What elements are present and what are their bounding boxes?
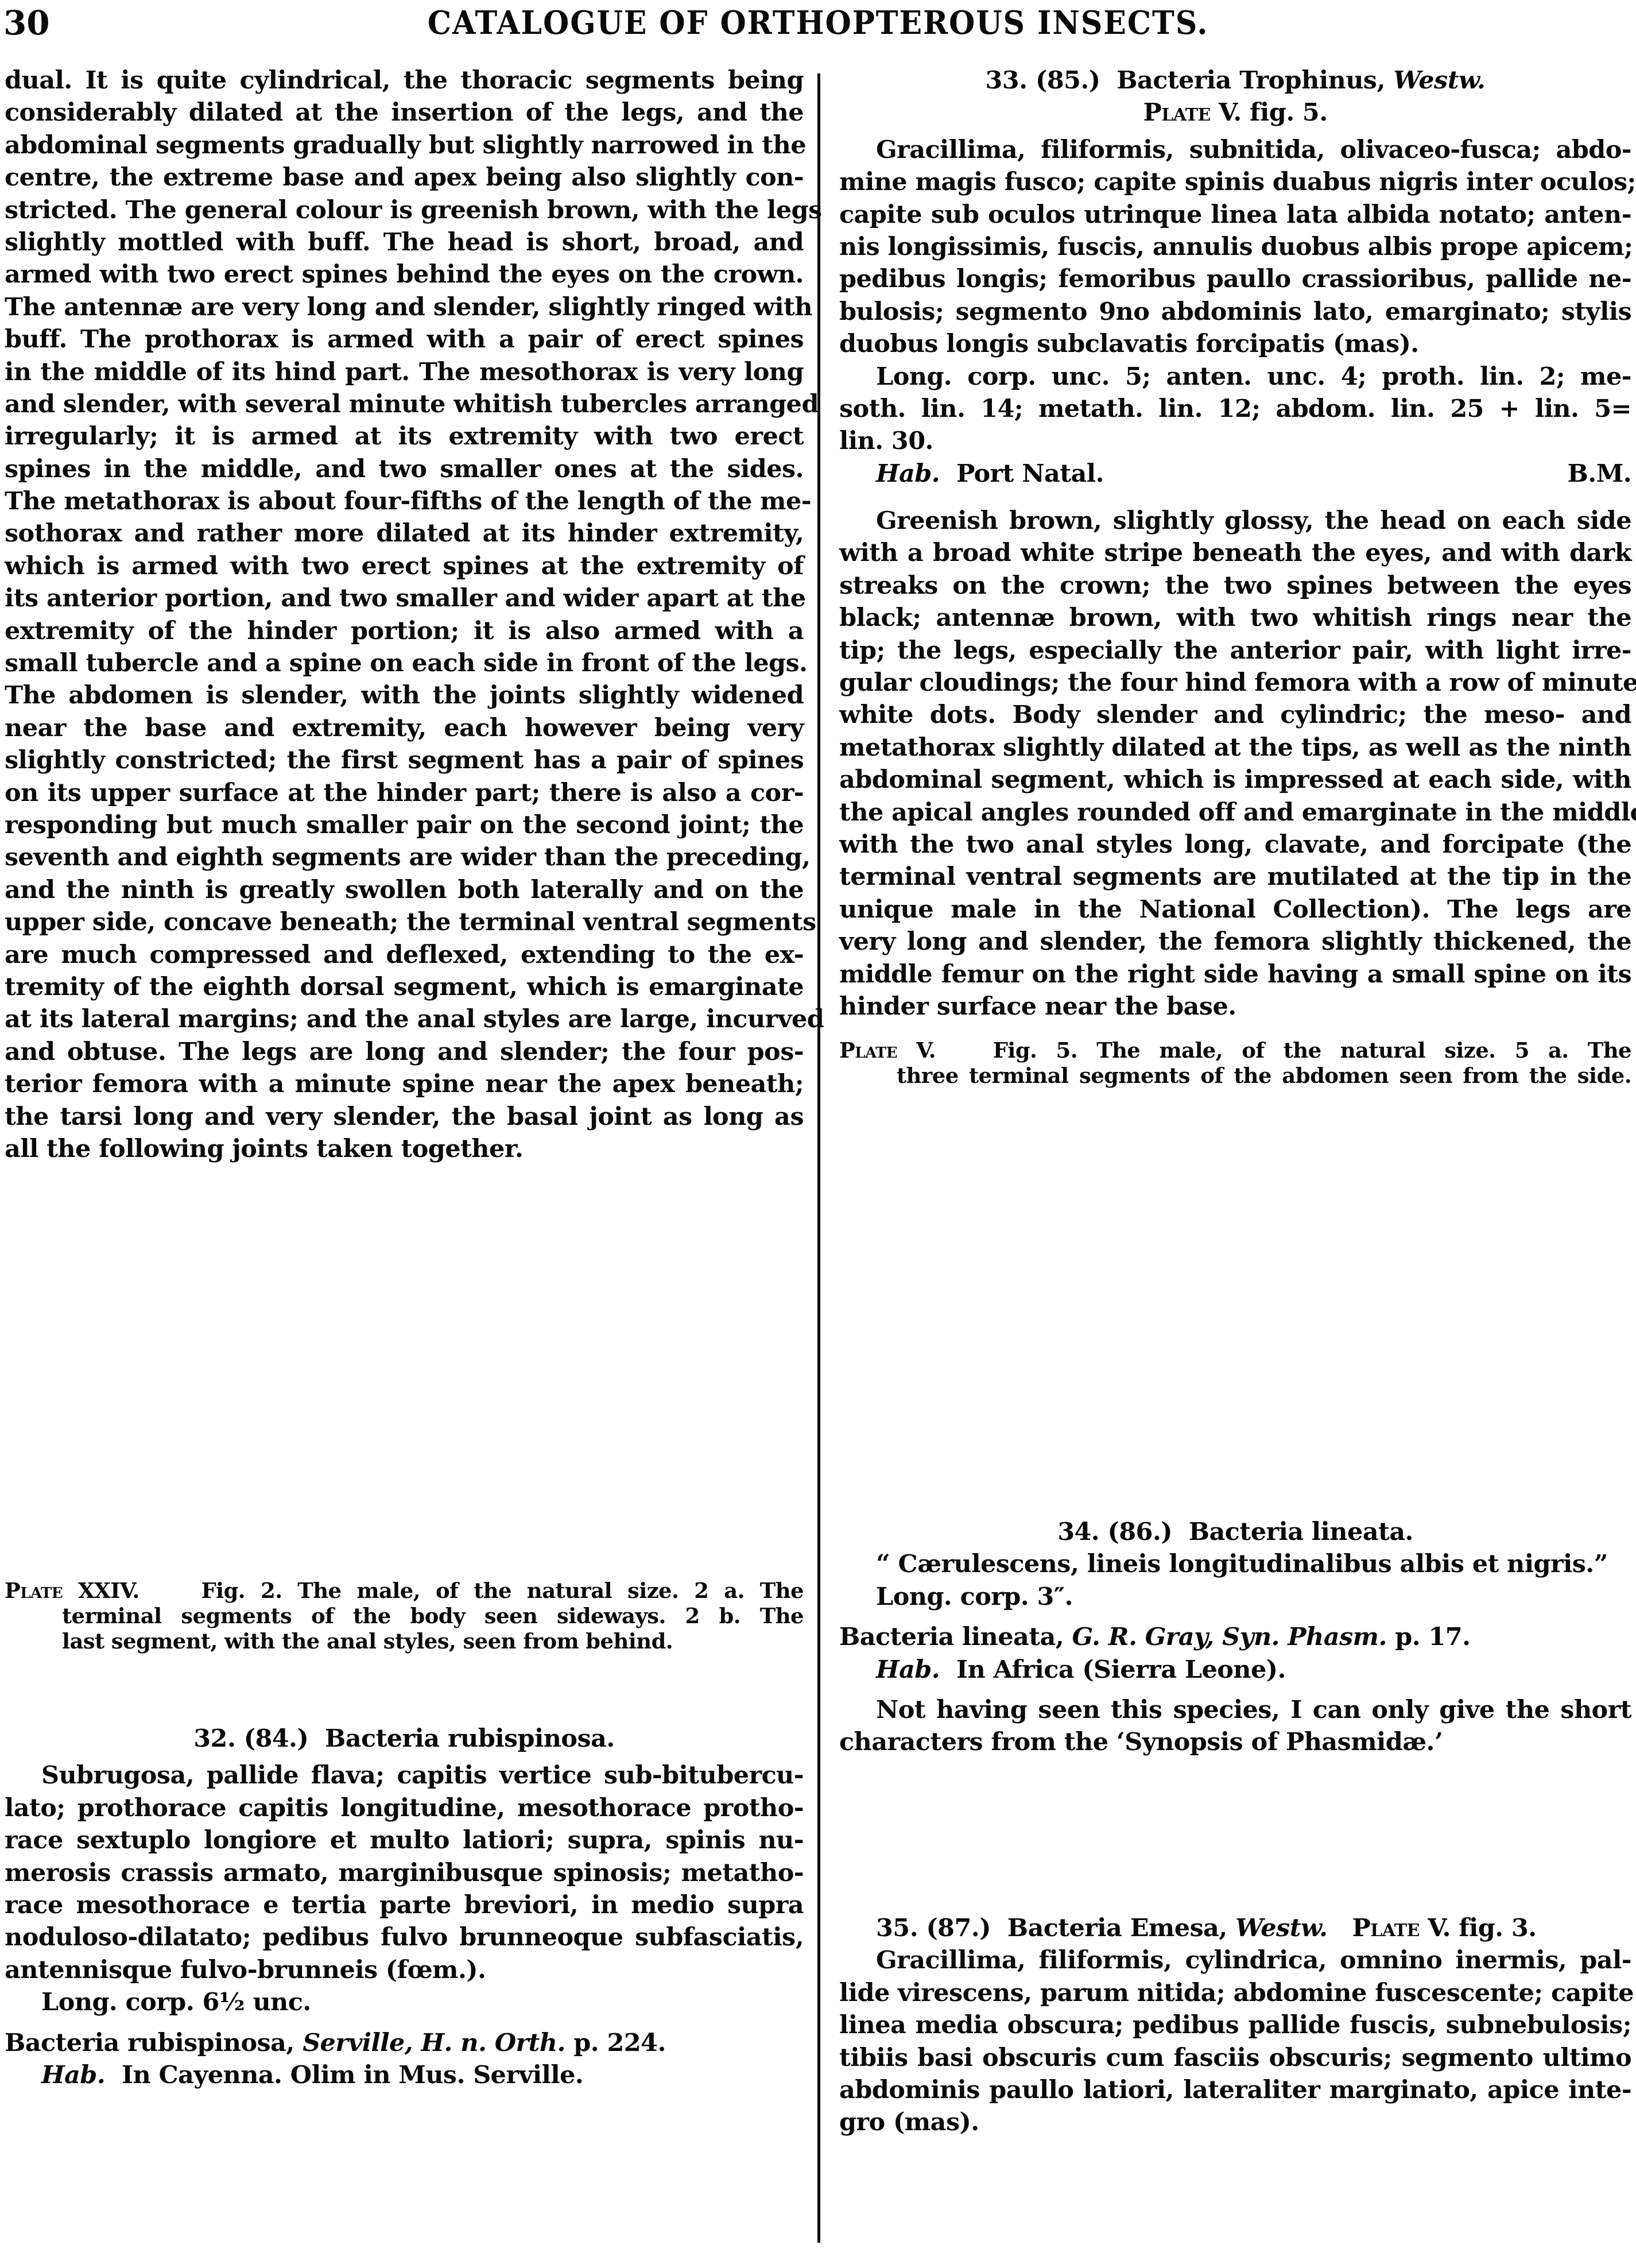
text-line: stricted. The general colour is greenish… xyxy=(5,194,804,226)
habitat-text: In Cayenna. Olim in Mus. Serville. xyxy=(122,2061,583,2089)
text-line: the apical angles rounded off and emargi… xyxy=(839,796,1631,829)
text-line: Greenish brown, slightly glossy, the hea… xyxy=(839,505,1631,537)
caption-line: Plate V. Fig. 5. The male, of the natura… xyxy=(839,1038,1631,1063)
measurement: Long. corp. 3″. xyxy=(839,1581,1631,1613)
species-author: Westw. xyxy=(1235,1914,1327,1942)
plate-caption-xxiv: Plate XXIV. Fig. 2. The male, of the nat… xyxy=(5,1578,804,1654)
text-line: at its lateral margins; and the anal sty… xyxy=(5,1003,804,1035)
species-34-entry: 34. (86.) Bacteria lineata. “ Cærulescen… xyxy=(839,1516,1631,1759)
synonym-line: Bacteria lineata, G. R. Gray, Syn. Phasm… xyxy=(839,1621,1631,1653)
plate-label: Plate XXIV. xyxy=(5,1578,139,1603)
text-line: race sextuplo longiore et multo latiori;… xyxy=(5,1824,804,1856)
caption-line: three terminal segments of the abdomen s… xyxy=(839,1063,1631,1088)
text-line: Gracillima, filiformis, subnitida, oliva… xyxy=(839,134,1631,166)
text-line: which is armed with two erect spines at … xyxy=(5,550,804,582)
text-line: and slender, with several minute whitish… xyxy=(5,388,804,420)
caption-text: Fig. 5. The male, of the natural size. 5… xyxy=(993,1038,1631,1063)
text-line: sothorax and rather more dilated at its … xyxy=(5,517,804,549)
species-heading: 32. (84.) Bacteria rubispinosa. xyxy=(5,1723,804,1755)
text-line: all the following joints taken together. xyxy=(5,1133,804,1165)
plate-label: Plate xyxy=(1143,98,1210,127)
synonym-page: p. 17. xyxy=(1395,1623,1470,1651)
text-line: slightly mottled with buff. The head is … xyxy=(5,226,804,258)
text-line: nis longissimis, fuscis, annulis duobus … xyxy=(839,231,1631,263)
continued-description: dual. It is quite cylindrical, the thora… xyxy=(5,64,804,1165)
measurement-line: soth. lin. 14; metath. lin. 12; abdom. l… xyxy=(839,393,1631,425)
measurement: Long. corp. 6½ unc. xyxy=(5,1986,804,2018)
text-line: abdominis paullo latiori, lateraliter ma… xyxy=(839,2074,1631,2106)
caption-line: Plate XXIV. Fig. 2. The male, of the nat… xyxy=(5,1578,804,1603)
running-title: CATALOGUE OF ORTHOPTEROUS INSECTS. xyxy=(57,6,1579,40)
habitat-line: Hab. In Cayenna. Olim in Mus. Serville. xyxy=(5,2059,804,2091)
species-author: Westw. xyxy=(1393,66,1485,95)
text-line: gular cloudings; the four hind femora wi… xyxy=(839,667,1631,699)
note-line: Not having seen this species, I can only… xyxy=(839,1694,1631,1726)
caption-text: Fig. 2. The male, of the natural size. 2… xyxy=(201,1578,804,1603)
habitat-label: Hab. xyxy=(876,1655,940,1684)
species-33-entry: 33. (85.) Bacteria Trophinus, Westw. Pla… xyxy=(839,64,1631,1088)
text-line: armed with two erect spines behind the e… xyxy=(5,258,804,291)
text-line: middle femur on the right side having a … xyxy=(839,958,1631,990)
species-name: Bacteria Trophinus, xyxy=(1116,66,1385,95)
synonym-name: Bacteria rubispinosa, xyxy=(5,2029,294,2057)
text-line: pedibus longis; femoribus paullo crassio… xyxy=(839,263,1631,295)
synonym-page: p. 224. xyxy=(573,2029,666,2057)
text-line: terior femora with a minute spine near t… xyxy=(5,1068,804,1100)
species-32-entry: 32. (84.) Bacteria rubispinosa. Subrugos… xyxy=(5,1723,804,2091)
text-line: irregularly; it is armed at its extremit… xyxy=(5,420,804,452)
text-line: lato; prothorace capitis longitudine, me… xyxy=(5,1792,804,1824)
text-line: the tarsi long and very slender, the bas… xyxy=(5,1101,804,1133)
species-number: 35. (87.) xyxy=(876,1914,991,1942)
caption-line: terminal segments of the body seen sidew… xyxy=(5,1603,804,1628)
text-line: responding but much smaller pair on the … xyxy=(5,809,804,841)
text-line: hinder surface near the base. xyxy=(839,990,1631,1023)
plate-label: Plate xyxy=(1352,1914,1420,1942)
text-line: The metathorax is about four-fifths of t… xyxy=(5,485,804,517)
species-heading: 35. (87.) Bacteria Emesa, Westw. Plate V… xyxy=(839,1912,1631,1944)
species-name: Bacteria rubispinosa. xyxy=(325,1724,615,1753)
habitat-label: Hab. xyxy=(41,2061,105,2089)
text-line: lide virescens, parum nitida; abdomine f… xyxy=(839,1977,1631,2009)
page-number: 30 xyxy=(3,6,50,40)
text-line: centre, the extreme base and apex being … xyxy=(5,161,804,193)
text-line: buff. The prothorax is armed with a pair… xyxy=(5,323,804,355)
text-line: and obtuse. The legs are long and slende… xyxy=(5,1036,804,1068)
habitat-text: Port Natal. xyxy=(956,459,1104,488)
text-line: The abdomen is slender, with the joints … xyxy=(5,679,804,711)
text-line: tibiis basi obscuris cum fasciis obscuri… xyxy=(839,2042,1631,2074)
left-column: dual. It is quite cylindrical, the thora… xyxy=(5,64,804,1165)
habitat-line: Hab. Port Natal.B.M. xyxy=(839,458,1631,490)
text-line: black; antennæ brown, with two whitish r… xyxy=(839,602,1631,634)
quoted-description: “ Cærulescens, lineis longitudinalibus a… xyxy=(839,1548,1631,1580)
text-line: slightly constricted; the first segment … xyxy=(5,744,804,776)
species-number: 33. (85.) xyxy=(986,66,1100,95)
text-line: are much compressed and deflexed, extend… xyxy=(5,939,804,971)
text-line: in the middle of its hind part. The meso… xyxy=(5,356,804,388)
text-line: mine magis fusco; capite spinis duabus n… xyxy=(839,166,1631,198)
text-line: with the two anal styles long, clavate, … xyxy=(839,829,1631,861)
measurement-line: lin. 30. xyxy=(839,425,1631,457)
text-line: Gracillima, filiformis, cylindrica, omni… xyxy=(839,1944,1631,1976)
text-line: terminal ventral segments are mutilated … xyxy=(839,861,1631,893)
text-line: abdominal segments gradually but slightl… xyxy=(5,129,804,161)
text-line: and the ninth is greatly swollen both la… xyxy=(5,874,804,906)
text-line: unique male in the National Collection).… xyxy=(839,893,1631,926)
text-line: with a broad white stripe beneath the ey… xyxy=(839,537,1631,569)
text-line: abdominal segment, which is impressed at… xyxy=(839,764,1631,796)
species-heading: 33. (85.) Bacteria Trophinus, Westw. xyxy=(839,64,1631,96)
collection-tag: B.M. xyxy=(1568,458,1631,490)
text-line: on its upper surface at the hinder part;… xyxy=(5,777,804,809)
synonym-author: Serville, H. n. Orth. xyxy=(303,2029,565,2057)
text-line: seventh and eighth segments are wider th… xyxy=(5,841,804,873)
species-heading: 34. (86.) Bacteria lineata. xyxy=(839,1516,1631,1548)
text-line: upper side, concave beneath; the termina… xyxy=(5,906,804,938)
text-line: noduloso-dilatato; pedibus fulvo brunneo… xyxy=(5,1921,804,1953)
text-line: extremity of the hinder portion; it is a… xyxy=(5,615,804,647)
species-name: Bacteria lineata. xyxy=(1189,1518,1413,1546)
synonym-name: Bacteria lineata, xyxy=(839,1623,1064,1651)
text-line: considerably dilated at the insertion of… xyxy=(5,96,804,129)
species-name: Bacteria Emesa, xyxy=(1007,1914,1227,1942)
text-line: small tubercle and a spine on each side … xyxy=(5,647,804,679)
text-line: spines in the middle, and two smaller on… xyxy=(5,453,804,485)
plate-ref-text: V. fig. 3. xyxy=(1428,1914,1537,1942)
text-line: antennisque fulvo-brunneis (fœm.). xyxy=(5,1954,804,1986)
plate-label: Plate V. xyxy=(839,1038,936,1063)
text-line: dual. It is quite cylindrical, the thora… xyxy=(5,64,804,96)
text-line: capite sub oculos utrinque linea lata al… xyxy=(839,199,1631,231)
text-line: metathorax slightly dilated at the tips,… xyxy=(839,732,1631,764)
note-line: characters from the ‘Synopsis of Phasmid… xyxy=(839,1726,1631,1758)
text-line: race mesothorace e tertia parte breviori… xyxy=(5,1889,804,1921)
measurement-line: Long. corp. unc. 5; anten. unc. 4; proth… xyxy=(839,361,1631,393)
habitat-text: In Africa (Sierra Leone). xyxy=(956,1655,1286,1684)
text-line: streaks on the crown; the two spines bet… xyxy=(839,570,1631,602)
text-line: linea media obscura; pedibus pallide fus… xyxy=(839,2009,1631,2041)
text-line: The antennæ are very long and slender, s… xyxy=(5,291,804,323)
text-line: duobus longis subclavatis forcipatis (ma… xyxy=(839,328,1631,360)
synonym-author: G. R. Gray, Syn. Phasm. xyxy=(1072,1623,1386,1651)
text-line: tremity of the eighth dorsal segment, wh… xyxy=(5,971,804,1003)
habitat-label: Hab. xyxy=(876,459,940,488)
text-line: tip; the legs, especially the anterior p… xyxy=(839,634,1631,667)
text-line: bulosis; segmento 9no abdominis lato, em… xyxy=(839,296,1631,328)
text-line: gro (mas). xyxy=(839,2106,1631,2138)
species-number: 32. (84.) xyxy=(193,1724,308,1753)
text-line: its anterior portion, and two smaller an… xyxy=(5,582,804,614)
text-line: very long and slender, the femora slight… xyxy=(839,926,1631,958)
habitat-line: Hab. In Africa (Sierra Leone). xyxy=(839,1654,1631,1686)
plate-reference: Plate V. fig. 5. xyxy=(839,96,1631,129)
synonym-line: Bacteria rubispinosa, Serville, H. n. Or… xyxy=(5,2027,804,2059)
text-line: near the base and extremity, each howeve… xyxy=(5,712,804,744)
species-35-entry: 35. (87.) Bacteria Emesa, Westw. Plate V… xyxy=(839,1912,1631,2139)
caption-line: last segment, with the anal styles, seen… xyxy=(5,1628,804,1654)
text-line: Subrugosa, pallide flava; capitis vertic… xyxy=(5,1759,804,1791)
text-line: merosis crassis armato, marginibusque sp… xyxy=(5,1857,804,1889)
text-line: white dots. Body slender and cylindric; … xyxy=(839,699,1631,731)
species-number: 34. (86.) xyxy=(1057,1518,1172,1546)
plate-ref-text: V. fig. 5. xyxy=(1219,98,1328,127)
